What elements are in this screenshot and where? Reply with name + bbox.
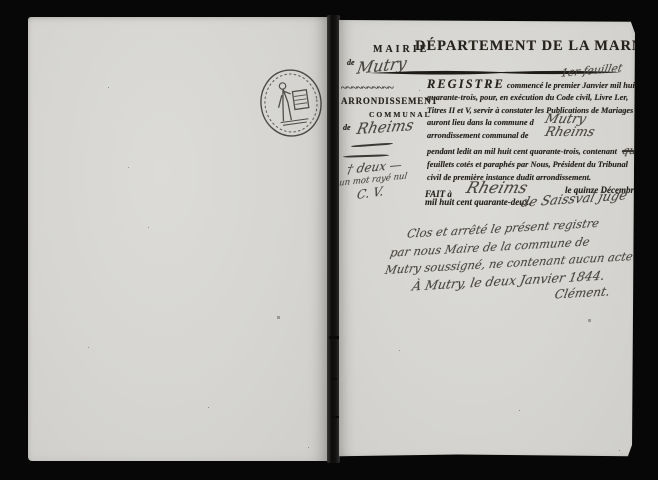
arrondissement-place-handwritten: Rheims bbox=[355, 116, 415, 138]
registre-line: Titres II et V, servir à constater les P… bbox=[427, 105, 645, 118]
register-title-page: MAIRIE DÉPARTEMENT DE LA MARNE. de Mutry… bbox=[339, 20, 635, 458]
timbre-stamp-icon bbox=[251, 63, 330, 142]
registre-line: quarante-trois, pour, en exécution du Co… bbox=[427, 92, 645, 105]
margin-note-initials-handwritten: C. V. bbox=[356, 184, 385, 202]
arrondissement-place-handwritten: Rheims bbox=[543, 127, 596, 140]
spine-tick bbox=[331, 378, 337, 380]
registre-line: civil de première instance dudit arrondi… bbox=[427, 172, 645, 185]
de-label: de bbox=[347, 58, 355, 67]
closing-line: Clément. bbox=[554, 282, 638, 303]
flourish-dash bbox=[343, 154, 389, 157]
registre-paragraph: REGISTRE commencé le premier Janvier mil… bbox=[427, 78, 645, 184]
department-title: DÉPARTEMENT DE LA MARNE. bbox=[415, 38, 658, 55]
paper-specks bbox=[28, 17, 29, 18]
registre-line: auront lieu dans la commune d Mutry bbox=[427, 117, 645, 130]
closing-statement: Clos et arrêté le présent registre par n… bbox=[379, 213, 638, 313]
flourish-dash bbox=[351, 143, 393, 148]
tilde-divider: ~~~~~~~~~~ bbox=[341, 82, 393, 94]
registre-line-text: pendant ledit an mil huit cent quarante-… bbox=[427, 147, 617, 156]
mayor-signature-handwritten: Clément. bbox=[553, 283, 611, 303]
left-blank-page bbox=[28, 17, 328, 461]
struck-word-handwritten: quatre bbox=[620, 145, 658, 158]
registre-line-text: arrondissement communal de bbox=[427, 131, 528, 140]
archival-scan-background: { "colors": { "background": "#070707", "… bbox=[0, 0, 658, 480]
book-spine bbox=[327, 15, 340, 463]
registre-line-text: commencé le premier Janvier mil huit cen… bbox=[507, 81, 654, 90]
registre-word: REGISTRE bbox=[427, 77, 505, 91]
fait-place-handwritten: Rheims bbox=[464, 178, 530, 197]
paper-specks bbox=[339, 20, 340, 21]
arrondissement-label: ARRONDISSEMENT bbox=[341, 96, 438, 106]
judge-signature-handwritten: de Saissval juge bbox=[519, 188, 629, 211]
registre-line: arrondissement communal de Rheims bbox=[427, 130, 645, 143]
registre-line: feuillets cotés et paraphés par Nous, Pr… bbox=[427, 159, 645, 172]
de-label: de bbox=[343, 123, 351, 132]
registre-line-text: auront lieu dans la commune d bbox=[427, 118, 534, 127]
registre-line: pendant ledit an mil huit cent quarante-… bbox=[427, 142, 645, 159]
registre-line: REGISTRE commencé le premier Janvier mil… bbox=[427, 78, 645, 92]
fait-date-line2: mil huit cent quarante-deux. bbox=[425, 197, 531, 207]
